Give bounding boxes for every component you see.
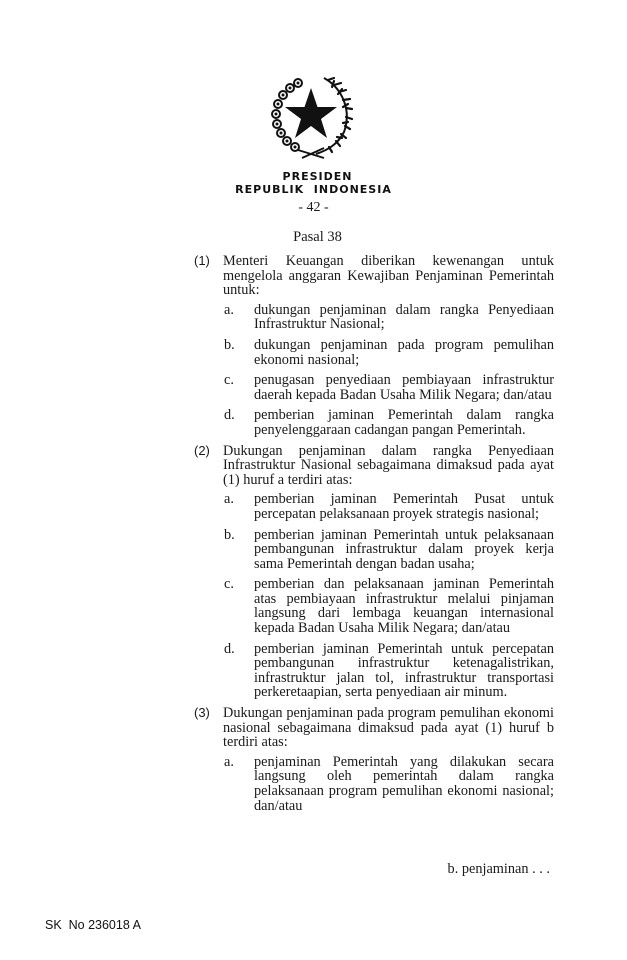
item-text: dukungan penjaminan dalam rangka Penyedi…: [254, 303, 554, 332]
paragraph-text: Dukungan penjaminan pada program pemulih…: [223, 706, 554, 750]
item-text: pemberian jaminan Pemerintah dalam rangk…: [254, 408, 554, 437]
item-letter: b.: [224, 338, 235, 353]
header-title: PRESIDEN: [4, 170, 627, 183]
document-page: PRESIDEN REPUBLIK INDONESIA - 42 - Pasal…: [0, 0, 627, 960]
list-item: b.dukungan penjaminan pada program pemul…: [223, 338, 554, 367]
item-list: a.penjaminan Pemerintah yang dilakukan s…: [223, 755, 554, 813]
list-item: a.penjaminan Pemerintah yang dilakukan s…: [223, 755, 554, 813]
item-text: dukungan penjaminan pada program pemulih…: [254, 338, 554, 367]
list-item: d.pemberian jaminan Pemerintah untuk per…: [223, 642, 554, 700]
item-text: pemberian jaminan Pemerintah untuk perce…: [254, 642, 554, 700]
paragraph: (1)Menteri Keuangan diberikan kewenangan…: [194, 254, 554, 438]
list-item: d.pemberian jaminan Pemerintah dalam ran…: [223, 408, 554, 437]
list-item: a.dukungan penjaminan dalam rangka Penye…: [223, 303, 554, 332]
list-item: b.pemberian jaminan Pemerintah untuk pel…: [223, 528, 554, 572]
page-number: - 42 -: [0, 200, 627, 216]
article-body: (1)Menteri Keuangan diberikan kewenangan…: [194, 254, 554, 819]
item-text: pemberian jaminan Pemerintah Pusat untuk…: [254, 492, 554, 521]
item-letter: b.: [224, 528, 235, 543]
item-text: penjaminan Pemerintah yang dilakukan sec…: [254, 755, 554, 813]
item-letter: c.: [224, 373, 234, 388]
garuda-star-wreath-icon: [268, 74, 354, 160]
item-letter: a.: [224, 492, 234, 507]
item-letter: d.: [224, 642, 235, 657]
item-list: a.dukungan penjaminan dalam rangka Penye…: [223, 303, 554, 438]
list-item: c.penugasan penyediaan pembiayaan infras…: [223, 373, 554, 402]
paragraph-text: Menteri Keuangan diberikan kewenangan un…: [223, 254, 554, 298]
paragraph-number: (1): [194, 254, 210, 269]
item-letter: a.: [224, 303, 234, 318]
header-subtitle: REPUBLIK INDONESIA: [0, 183, 627, 196]
continuation-text: b. penjaminan . . .: [0, 861, 550, 878]
list-item: a.pemberian jaminan Pemerintah Pusat unt…: [223, 492, 554, 521]
paragraph: (3)Dukungan penjaminan pada program pemu…: [194, 706, 554, 813]
paragraph-text: Dukungan penjaminan dalam rangka Penyedi…: [223, 444, 554, 488]
item-text: pemberian dan pelaksanaan jaminan Pemeri…: [254, 577, 554, 635]
item-text: pemberian jaminan Pemerintah untuk pelak…: [254, 528, 554, 572]
paragraph-number: (3): [194, 706, 210, 721]
item-letter: a.: [224, 755, 234, 770]
item-letter: c.: [224, 577, 234, 592]
item-list: a.pemberian jaminan Pemerintah Pusat unt…: [223, 492, 554, 700]
document-serial: SK No 236018 A: [45, 918, 141, 932]
paragraph: (2)Dukungan penjaminan dalam rangka Peny…: [194, 444, 554, 701]
item-text: penugasan penyediaan pembiayaan infrastr…: [254, 373, 554, 402]
article-title: Pasal 38: [0, 229, 627, 246]
paragraph-number: (2): [194, 444, 210, 459]
list-item: c.pemberian dan pelaksanaan jaminan Peme…: [223, 577, 554, 635]
item-letter: d.: [224, 408, 235, 423]
